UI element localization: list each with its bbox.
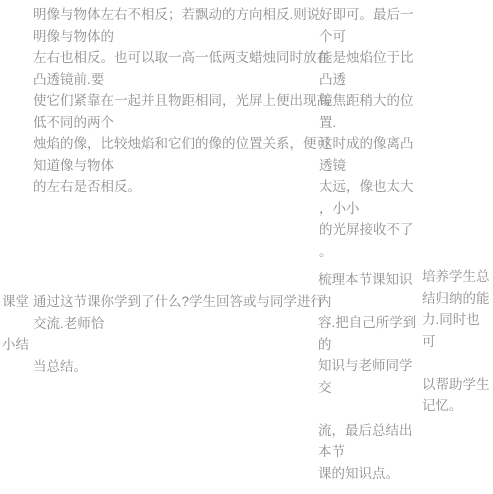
- lesson-plan-page: 明像与物体左右不相反；若飘动的方向相反.则说明像与物体的左右也相反。也可以取一高…: [0, 0, 493, 494]
- text-line: 力.同时也: [422, 309, 492, 331]
- text-line: [33, 334, 323, 356]
- row1-student-activity-text: 好即可。最后一个可能是烛焰位于比凸透镜焦距稍大的位置.这时成的像离凸透镜太远，像…: [319, 4, 419, 262]
- text-line: [2, 313, 34, 335]
- text-line: 容.把自己所学到: [318, 312, 418, 334]
- text-line: 梳理本节课知识: [318, 269, 418, 291]
- text-line: 的左右是否相反。: [33, 176, 323, 198]
- text-line: 使它们紧靠在一起并且物距相同，光屏上便出现高: [33, 90, 323, 112]
- text-line: 的光屏接收不了: [319, 219, 419, 241]
- text-line: 烛焰的像，比较烛焰和它们的像的位置关系，便可: [33, 133, 323, 155]
- text-line: 本节: [318, 441, 418, 463]
- text-line: ，小小: [319, 198, 419, 220]
- text-line: 明像与物体左右不相反；若飘动的方向相反.则说: [33, 4, 323, 26]
- text-line: [318, 398, 418, 420]
- text-line: 小结: [2, 334, 34, 356]
- text-line: 知道像与物体: [33, 155, 323, 177]
- row2-teaching-content-text: 通过这节课你学到了什么?学生回答或与同学进行交流.老师恰当总结。: [33, 291, 323, 377]
- text-line: 镜焦距稍大的位: [319, 90, 419, 112]
- text-line: [422, 352, 492, 374]
- text-line: 凸透: [319, 69, 419, 91]
- text-line: 交: [318, 377, 418, 399]
- row1-teaching-content-text: 明像与物体左右不相反；若飘动的方向相反.则说明像与物体的左右也相反。也可以取一高…: [33, 4, 323, 198]
- text-line: 太远，像也太大: [319, 176, 419, 198]
- text-line: 当总结。: [33, 356, 323, 378]
- text-line: 左右也相反。也可以取一高一低两支蜡烛同时放在: [33, 47, 323, 69]
- text-line: 的: [318, 334, 418, 356]
- text-line: 低不同的两个: [33, 112, 323, 134]
- text-line: 交流.老师恰: [33, 313, 323, 335]
- text-line: 可: [422, 331, 492, 353]
- text-line: 好即可。最后一: [319, 4, 419, 26]
- row2-section-label-classroom-summary: 课堂小结: [2, 291, 34, 356]
- text-line: 置.: [319, 112, 419, 134]
- text-line: 课的知识点。: [318, 463, 418, 485]
- text-line: 明像与物体的: [33, 26, 323, 48]
- text-line: 透镜: [319, 155, 419, 177]
- text-line: 内: [318, 291, 418, 313]
- text-line: 凸透镜前.要: [33, 69, 323, 91]
- text-line: 。: [319, 241, 419, 263]
- row2-design-intent-text: 培养学生总结归纳的能力.同时也可以帮助学生记忆。: [422, 266, 492, 417]
- text-line: 这时成的像离凸: [319, 133, 419, 155]
- text-line: 能是烛焰位于比: [319, 47, 419, 69]
- row2-student-activity-text: 梳理本节课知识内容.把自己所学到的知识与老师同学交流，最后总结出本节课的知识点。: [318, 269, 418, 484]
- text-line: 培养学生总: [422, 266, 492, 288]
- text-line: 课堂: [2, 291, 34, 313]
- text-line: 个可: [319, 26, 419, 48]
- text-line: 记忆。: [422, 395, 492, 417]
- text-line: 知识与老师同学: [318, 355, 418, 377]
- text-line: 流，最后总结出: [318, 420, 418, 442]
- text-line: 结归纳的能: [422, 288, 492, 310]
- text-line: 通过这节课你学到了什么?学生回答或与同学进行: [33, 291, 323, 313]
- text-line: 以帮助学生: [422, 374, 492, 396]
